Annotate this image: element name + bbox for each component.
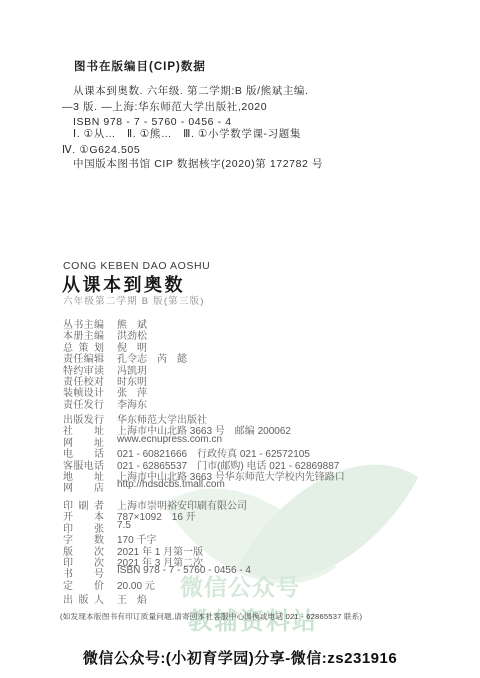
- credit-row: 总策划倪 明: [63, 339, 187, 350]
- cip-bib-line: 从课本到奥数. 六年级. 第二学期:B 版/熊斌主编.: [62, 84, 392, 100]
- wechat-footer: 微信公众号:(小初育学园)分享-微信:zs231916: [0, 647, 480, 668]
- publisher-label: 网店: [63, 479, 104, 494]
- publisher-row: 客服电话021 - 62865537 门市(邮购) 电话 021 - 62869…: [63, 457, 345, 468]
- publisher-person-row: 出版人王 焰: [63, 591, 147, 602]
- credit-value: 李海东: [117, 396, 147, 411]
- printing-value: 7.5: [117, 520, 131, 531]
- cip-bib-line: —3 版. —上海:华东师范大学出版社,2020: [62, 100, 392, 116]
- printing-price: 20.00 元: [117, 577, 155, 592]
- publisher-row: 地址上海市中山北路 3663 号华东师范大学校内先锋路口: [63, 468, 345, 479]
- cip-record-number: 中国版本图书馆 CIP 数据核字(2020)第 172782 号: [62, 156, 323, 171]
- publisher-row: 电话021 - 60821666 行政传真 021 - 62572105: [63, 445, 345, 456]
- publisher-info-list: 出版发行华东师范大学出版社 社址上海市中山北路 3663 号 邮编 200062…: [63, 411, 345, 491]
- credit-row: 丛书主编熊 斌: [63, 316, 187, 327]
- printing-row: 印次2021 年 3 月第二次: [63, 554, 251, 565]
- page-content: 图书在版编目(CIP)数据 从课本到奥数. 六年级. 第二学期:B 版/熊斌主编…: [0, 0, 480, 678]
- credit-row: 本册主编洪劲松: [63, 327, 187, 338]
- printing-row: 书号ISBN 978 - 7 - 5760 - 0456 - 4: [63, 565, 251, 576]
- credit-row: 装帧设计张 萍: [63, 384, 187, 395]
- publisher-row: 社址上海市中山北路 3663 号 邮编 200062: [63, 422, 345, 433]
- publisher-person-label: 出版人: [63, 591, 104, 606]
- book-subtitle: 六年级第二学期 B 版(第三版): [63, 293, 205, 307]
- credit-row: 责任编辑孔令志 芮 懿: [63, 350, 187, 361]
- publisher-person-name: 王 焰: [117, 591, 147, 606]
- credit-label: 责任发行: [63, 396, 104, 411]
- credits-list: 丛书主编熊 斌 本册主编洪劲松 总策划倪 明 责任编辑孔令志 芮 懿 特约审读冯…: [63, 316, 187, 407]
- publisher-website: www.ecnupress.com.cn: [117, 434, 222, 445]
- cip-bibliography: 从课本到奥数. 六年级. 第二学期:B 版/熊斌主编. —3 版. —上海:华东…: [62, 84, 392, 131]
- printing-row: 版次2021 年 1 月第一版: [63, 543, 251, 554]
- publisher-row: 出版发行华东师范大学出版社: [63, 411, 345, 422]
- publisher-row: 网址www.ecnupress.com.cn: [63, 434, 345, 445]
- cip-heading: 图书在版编目(CIP)数据: [74, 58, 206, 74]
- printing-row: 字数170 千字: [63, 531, 251, 542]
- quality-disclaimer: (如发现本版图书有印订质量问题,请寄回本社客服中心调换或电话 021 - 628…: [60, 611, 362, 622]
- printing-row: 定价20.00 元: [63, 577, 251, 588]
- colophon-page: 微信公众号 教辅资料站 图书在版编目(CIP)数据 从课本到奥数. 六年级. 第…: [0, 0, 480, 678]
- credit-row: 责任发行李海东: [63, 396, 187, 407]
- credit-row: 责任校对时东明: [63, 373, 187, 384]
- printing-info-list: 印刷者上海市崇明裕安印刷有限公司 开本787×1092 16 开 印张7.5 字…: [63, 497, 251, 588]
- publisher-store-url: http://hdsdcbs.tmall.com: [117, 479, 225, 490]
- cip-classification: Ⅰ. ①从… Ⅱ. ①熊… Ⅲ. ①小学数学课-习题集 Ⅳ. ①G624.505: [62, 127, 392, 158]
- printing-row: 印刷者上海市崇明裕安印刷有限公司: [63, 497, 251, 508]
- classification-line: Ⅰ. ①从… Ⅱ. ①熊… Ⅲ. ①小学数学课-习题集: [62, 127, 392, 143]
- printing-isbn: ISBN 978 - 7 - 5760 - 0456 - 4: [117, 565, 251, 576]
- printing-label: 定价: [63, 577, 104, 592]
